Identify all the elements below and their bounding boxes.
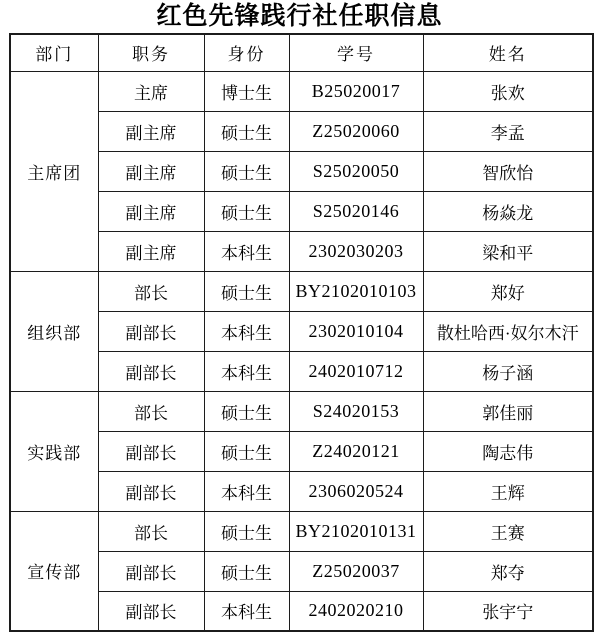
table-row: 组织部部长硕士生BY2102010103郑好 (10, 271, 593, 311)
student-id-cell: 2402010712 (289, 351, 423, 391)
position-cell: 副部长 (98, 471, 204, 511)
header-row: 部门 职务 身份 学号 姓名 (10, 34, 593, 71)
department-cell: 宣传部 (10, 511, 98, 631)
student-id-cell: Z24020121 (289, 431, 423, 471)
department-cell: 实践部 (10, 391, 98, 511)
name-cell: 散杜哈西·奴尔木汗 (423, 311, 593, 351)
name-cell: 王辉 (423, 471, 593, 511)
position-cell: 副部长 (98, 551, 204, 591)
name-cell: 郑夺 (423, 551, 593, 591)
table-row: 宣传部部长硕士生BY2102010131王赛 (10, 511, 593, 551)
identity-cell: 硕士生 (204, 431, 289, 471)
table-row: 副部长硕士生Z25020037郑夺 (10, 551, 593, 591)
name-cell: 杨子涵 (423, 351, 593, 391)
position-cell: 主席 (98, 71, 204, 111)
table-row: 副部长本科生2402010712杨子涵 (10, 351, 593, 391)
table-row: 实践部部长硕士生S24020153郭佳丽 (10, 391, 593, 431)
position-cell: 副部长 (98, 591, 204, 631)
header-name: 姓名 (423, 34, 593, 71)
position-cell: 副部长 (98, 311, 204, 351)
position-cell: 副主席 (98, 111, 204, 151)
page-title: 红色先锋践行社任职信息 (0, 2, 599, 32)
identity-cell: 本科生 (204, 311, 289, 351)
position-cell: 副主席 (98, 231, 204, 271)
position-cell: 部长 (98, 271, 204, 311)
student-id-cell: S25020146 (289, 191, 423, 231)
student-id-cell: 2402020210 (289, 591, 423, 631)
student-id-cell: 2302010104 (289, 311, 423, 351)
table-row: 副主席本科生2302030203梁和平 (10, 231, 593, 271)
identity-cell: 博士生 (204, 71, 289, 111)
position-cell: 副部长 (98, 431, 204, 471)
identity-cell: 本科生 (204, 351, 289, 391)
header-department: 部门 (10, 34, 98, 71)
header-position: 职务 (98, 34, 204, 71)
table-row: 副部长本科生2306020524王辉 (10, 471, 593, 511)
position-info-table: 部门 职务 身份 学号 姓名 主席团主席博士生B25020017张欢副主席硕士生… (9, 33, 594, 632)
position-cell: 部长 (98, 391, 204, 431)
student-id-cell: Z25020060 (289, 111, 423, 151)
identity-cell: 硕士生 (204, 151, 289, 191)
student-id-cell: Z25020037 (289, 551, 423, 591)
table-row: 副部长本科生2402020210张宇宁 (10, 591, 593, 631)
identity-cell: 硕士生 (204, 511, 289, 551)
name-cell: 郑好 (423, 271, 593, 311)
student-id-cell: 2306020524 (289, 471, 423, 511)
department-cell: 主席团 (10, 71, 98, 271)
identity-cell: 本科生 (204, 231, 289, 271)
name-cell: 张欢 (423, 71, 593, 111)
student-id-cell: BY2102010103 (289, 271, 423, 311)
department-cell: 组织部 (10, 271, 98, 391)
identity-cell: 硕士生 (204, 391, 289, 431)
position-cell: 副主席 (98, 191, 204, 231)
name-cell: 王赛 (423, 511, 593, 551)
table-row: 副部长硕士生Z24020121陶志伟 (10, 431, 593, 471)
identity-cell: 硕士生 (204, 191, 289, 231)
name-cell: 智欣怡 (423, 151, 593, 191)
identity-cell: 硕士生 (204, 271, 289, 311)
student-id-cell: S25020050 (289, 151, 423, 191)
table-row: 副主席硕士生S25020146杨焱龙 (10, 191, 593, 231)
student-id-cell: BY2102010131 (289, 511, 423, 551)
header-identity: 身份 (204, 34, 289, 71)
name-cell: 杨焱龙 (423, 191, 593, 231)
name-cell: 郭佳丽 (423, 391, 593, 431)
position-cell: 副部长 (98, 351, 204, 391)
header-student-id: 学号 (289, 34, 423, 71)
table-row: 主席团主席博士生B25020017张欢 (10, 71, 593, 111)
name-cell: 李孟 (423, 111, 593, 151)
table-row: 副主席硕士生S25020050智欣怡 (10, 151, 593, 191)
name-cell: 张宇宁 (423, 591, 593, 631)
student-id-cell: 2302030203 (289, 231, 423, 271)
name-cell: 陶志伟 (423, 431, 593, 471)
document-page: 红色先锋践行社任职信息 部门 职务 身份 学号 姓名 主席团主席博士生B2502… (0, 0, 599, 633)
student-id-cell: S24020153 (289, 391, 423, 431)
identity-cell: 硕士生 (204, 111, 289, 151)
identity-cell: 硕士生 (204, 551, 289, 591)
identity-cell: 本科生 (204, 471, 289, 511)
identity-cell: 本科生 (204, 591, 289, 631)
name-cell: 梁和平 (423, 231, 593, 271)
table-row: 副主席硕士生Z25020060李孟 (10, 111, 593, 151)
table-row: 副部长本科生2302010104散杜哈西·奴尔木汗 (10, 311, 593, 351)
student-id-cell: B25020017 (289, 71, 423, 111)
position-cell: 部长 (98, 511, 204, 551)
position-cell: 副主席 (98, 151, 204, 191)
table-body: 主席团主席博士生B25020017张欢副主席硕士生Z25020060李孟副主席硕… (10, 71, 593, 631)
